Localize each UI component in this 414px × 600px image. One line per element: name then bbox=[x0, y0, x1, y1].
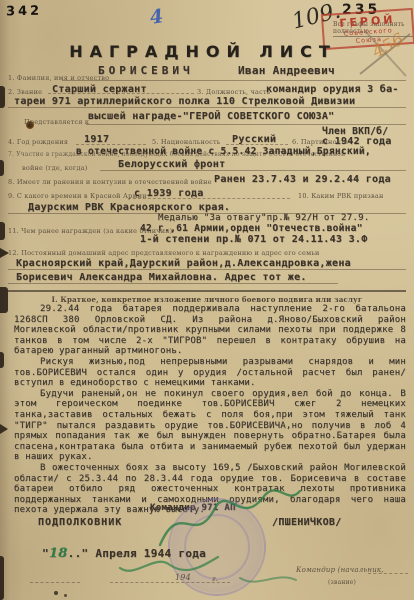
margin-arrow-mark bbox=[0, 424, 8, 434]
citation-heading: І. Краткое, конкретное изложение личного… bbox=[0, 295, 414, 304]
citation-paragraph-1: 29.2.44 года батарея поддерживала наступ… bbox=[14, 304, 406, 357]
form-rule bbox=[128, 198, 290, 199]
field4-label: 4. Год рождения bbox=[8, 138, 68, 146]
document-title: НАГРАДНОЙ ЛИСТ bbox=[0, 42, 406, 61]
form-rule bbox=[226, 144, 288, 145]
ink-spot bbox=[64, 594, 67, 597]
binding-mark bbox=[0, 160, 4, 176]
field12-value-line2: Борисевич Александра Михайловна. Адрес т… bbox=[16, 272, 307, 283]
date-line: "18.." Апреля 1944 года bbox=[42, 546, 206, 561]
field10-label: 10. Каким РВК призван bbox=[298, 192, 384, 200]
section-divider bbox=[8, 290, 406, 292]
presented-for-label: Представляется к bbox=[24, 118, 89, 126]
archive-number-stamp: 342 bbox=[6, 4, 42, 20]
field5-label: 5. Национальность bbox=[152, 138, 221, 146]
form-rule bbox=[8, 283, 338, 284]
field10-value-recruited-by: Даурским РВК Красноярского края. bbox=[28, 202, 230, 213]
binding-mark bbox=[0, 556, 4, 600]
form-rule bbox=[100, 170, 406, 171]
form-rule bbox=[30, 582, 80, 583]
form-rule bbox=[86, 124, 406, 125]
footer-rank-note: (звание) bbox=[328, 579, 356, 586]
form-rule bbox=[368, 573, 408, 574]
field11-value-line3: 1-й степени пр.№ 071 от 24.11.43 З.Ф bbox=[140, 234, 368, 245]
recipient-surname: БОРИСЕВИЧ bbox=[98, 64, 194, 77]
form-rule bbox=[8, 269, 406, 270]
field11-value-line2: 42 г.,61 Армии,орден "Отечеств.война" bbox=[140, 223, 363, 234]
field6-label: 6. Партийность bbox=[292, 138, 348, 146]
binding-mark bbox=[0, 222, 5, 240]
field8-label: 8. Имеет ли ранения и контузии в отечест… bbox=[8, 178, 212, 186]
date-rest: .." Апреля 1944 года bbox=[68, 547, 206, 560]
field11-value-line1: Медалью "За отвагу"пр.№ 92/Н от 27.9. bbox=[158, 213, 370, 223]
handwritten-day: 18 bbox=[49, 546, 68, 561]
presented-for-value: высшей награде-"ГЕРОЙ СОВЕТСКОГО СОЮЗА" bbox=[88, 111, 335, 122]
footer-year: 194 bbox=[175, 573, 191, 582]
handwritten-check-mark: 4 bbox=[149, 5, 165, 29]
field3-value-line1: командир орудия 3 ба- bbox=[266, 84, 399, 95]
commander-name: /ПШЕНИЧКОВ/ bbox=[272, 517, 342, 528]
commander-rank: ПОДПОЛКОВНИК bbox=[38, 517, 122, 528]
field12-label: 12. Постоянный домашний адрес представля… bbox=[8, 249, 320, 257]
form-rule bbox=[48, 93, 194, 94]
footer-year-suffix: г. bbox=[212, 575, 218, 583]
award-sheet-document: 342 4 109. 235 Все графы заполнять полно… bbox=[0, 0, 414, 600]
form-rule bbox=[76, 144, 146, 145]
citation-text: 29.2.44 года батарея поддерживала наступ… bbox=[14, 304, 406, 516]
field12-value-line1: Красноярский край,Даурский район,д.Алекс… bbox=[16, 258, 351, 269]
binding-mark bbox=[0, 352, 4, 368]
date-open-quote: " bbox=[42, 547, 49, 560]
form-rule bbox=[62, 80, 406, 81]
recipient-given-names: Иван Андреевич bbox=[238, 64, 335, 77]
ink-spot bbox=[54, 591, 58, 595]
field9-label: 9. С какого времени в Красной Армии bbox=[8, 192, 147, 200]
binding-mark bbox=[0, 86, 5, 108]
form-rule bbox=[8, 107, 406, 108]
field7-label-line2: войне (где, когда) bbox=[22, 164, 87, 172]
citation-paragraph-3: Будучи раненый,он не покинул своего оруд… bbox=[14, 389, 406, 463]
field7-value-line2: Белорусский фронт bbox=[118, 159, 225, 170]
field7-value-line1: в отечественной войне с 5.5.42 Западный,… bbox=[76, 146, 371, 157]
field8-value-wounds: Ранен 23.7.43 и 29.2.44 года bbox=[214, 174, 391, 185]
citation-paragraph-2: Рискуя жизнью,под непрерывными разрывами… bbox=[14, 357, 406, 389]
field2-label: 2. Звание bbox=[8, 88, 42, 96]
field3-value-line2: тареи 971 артиллерийского полка 110 Стре… bbox=[14, 96, 355, 107]
field3-label: 3. Должность, часть bbox=[197, 88, 270, 96]
